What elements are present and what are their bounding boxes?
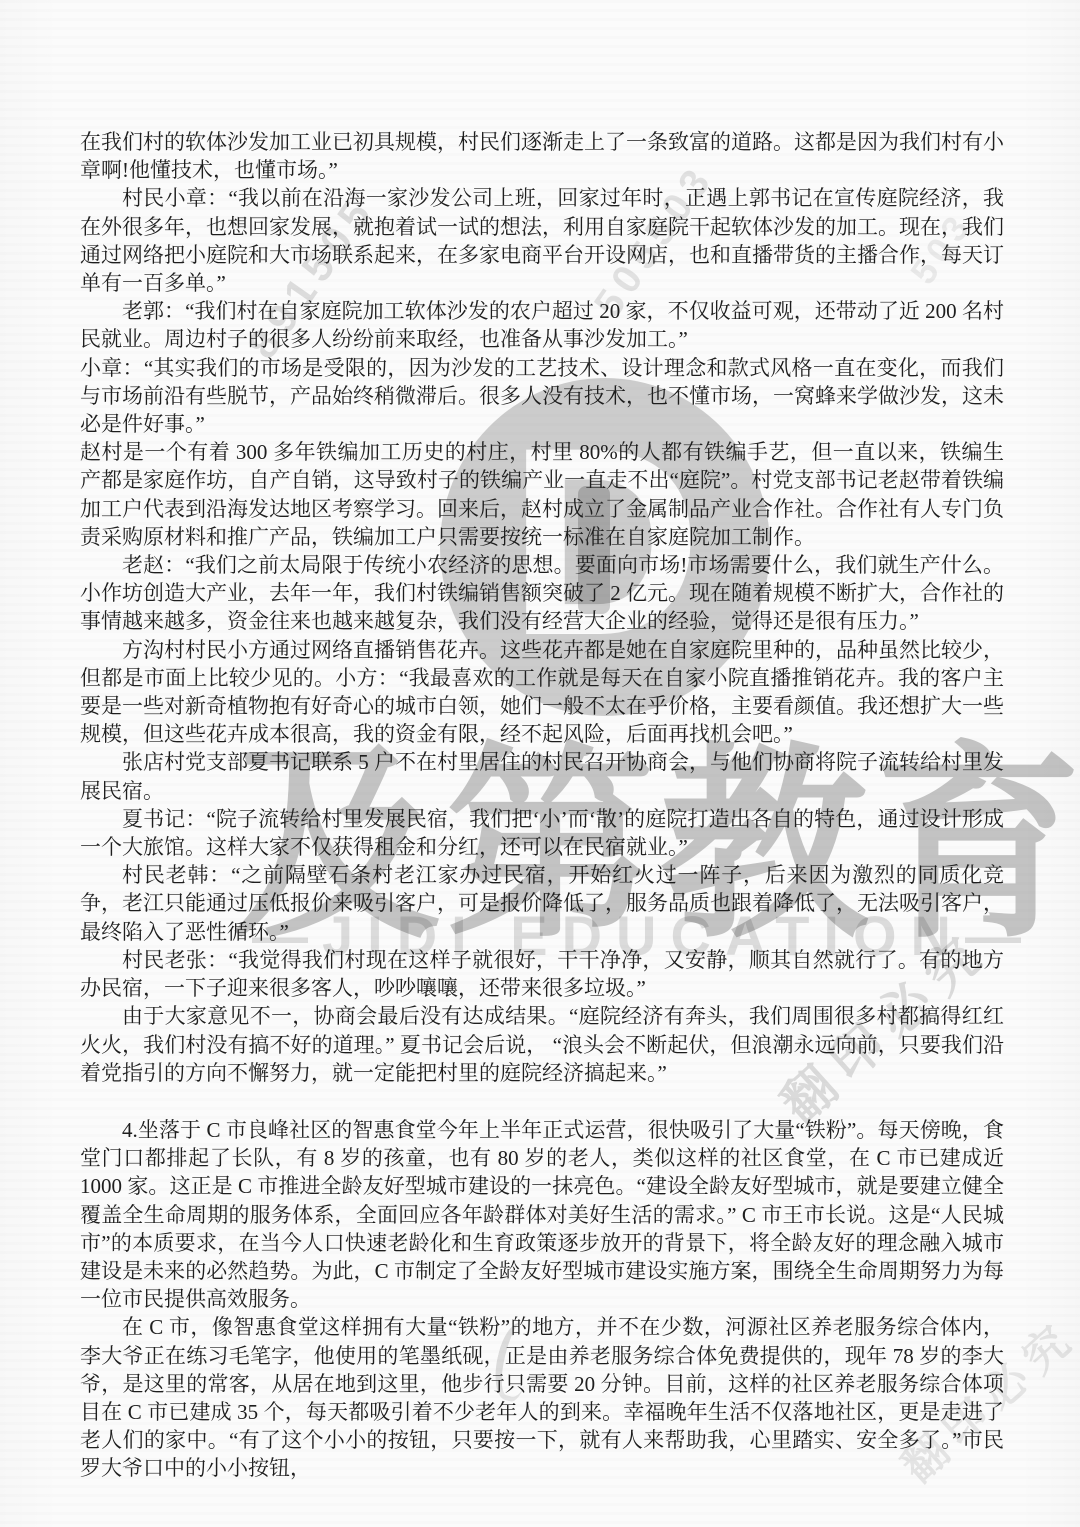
paragraph: 由于大家意见不一，协商会最后没有达成结果。“庭院经济有奔头，我们周围很多村都搞得… — [80, 1002, 1004, 1087]
paragraph: 村民小章：“我以前在沿海一家沙发公司上班，回家过年时，正遇上郭书记在宣传庭院经济… — [80, 184, 1004, 297]
paragraph: 村民老韩：“之前隔壁石条村老江家办过民宿，开始红火过一阵子，后来因为激烈的同质化… — [80, 861, 1004, 946]
paragraph: 方沟村村民小方通过网络直播销售花卉。这些花卉都是她在自家庭院里种的，品种虽然比较… — [80, 636, 1004, 749]
paragraph: 老郭：“我们村在自家庭院加工软体沙发的农户超过 20 家，不仅收益可观，还带动了… — [80, 297, 1004, 353]
paragraph: 4.坐落于 C 市良峰社区的智惠食堂今年上半年正式运营，很快吸引了大量“铁粉”。… — [80, 1116, 1004, 1313]
paragraph: 老赵：“我们之前太局限于传统小农经济的思想。要面向市场!市场需要什么，我们就生产… — [80, 551, 1004, 636]
paragraph: 在 C 市，像智惠食堂这样拥有大量“铁粉”的地方，并不在少数，河源社区养老服务综… — [80, 1313, 1004, 1482]
scanned-exam-page: { "page": { "background": "#fbfbfb", "te… — [0, 0, 1080, 1527]
paragraph: 夏书记：“院子流转给村里发展民宿，我们把‘小’而‘散’的庭院打造出各自的特色，通… — [80, 805, 1004, 861]
paragraph: 在我们村的软体沙发加工业已初具规模，村民们逐渐走上了一条致富的道路。这都是因为我… — [80, 128, 1004, 184]
paragraph: 张店村党支部夏书记联系 5 户不在村里居住的村民召开协商会，与他们协商将院子流转… — [80, 748, 1004, 804]
paragraph: 小章：“其实我们的市场是受限的，因为沙发的工艺技术、设计理念和款式风格一直在变化… — [80, 354, 1004, 439]
document-body: 在我们村的软体沙发加工业已初具规模，村民们逐渐走上了一条致富的道路。这都是因为我… — [80, 128, 1004, 1483]
paragraph: 村民老张：“我觉得我们村现在这样子就很好，干干净净，又安静，顺其自然就行了。有的… — [80, 946, 1004, 1002]
paragraph: 赵村是一个有着 300 多年铁编加工历史的村庄，村里 80%的人都有铁编手艺，但… — [80, 438, 1004, 551]
